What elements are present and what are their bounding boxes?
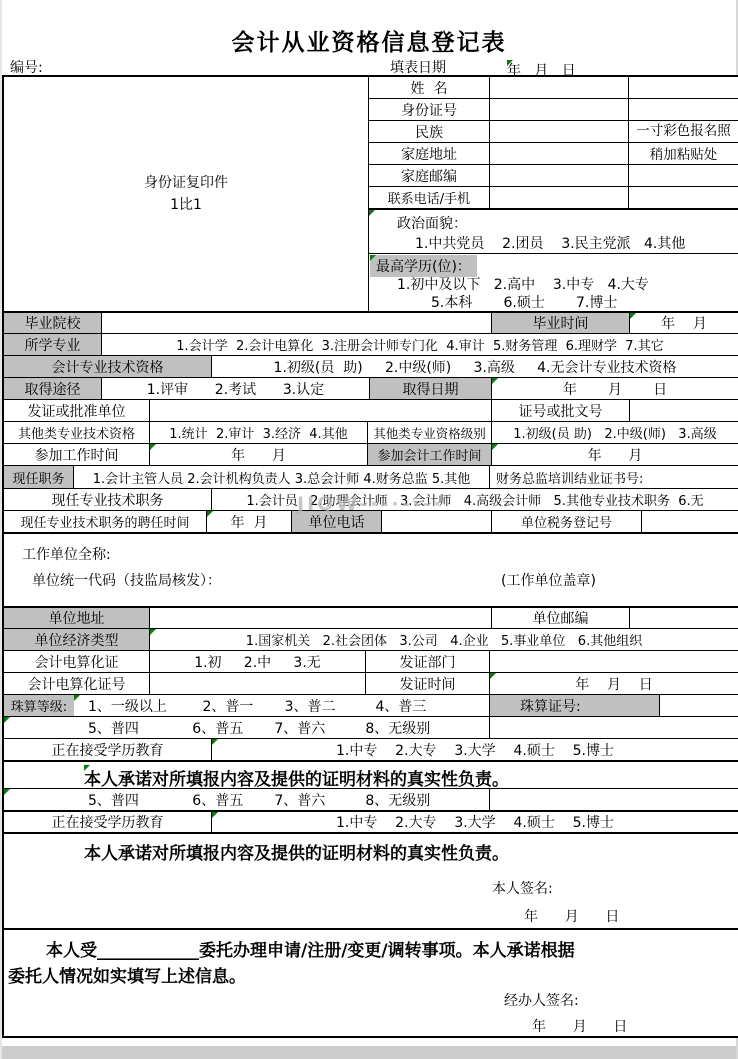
major-row: 所学专业 1.会计学 2.会计电算化 3.注册会计师专门化 4.审计 5.财务管… xyxy=(4,333,738,355)
promise-text-repeat: 本人承诺对所填报内容及提供的证明材料的真实性负责。 xyxy=(84,839,509,864)
obtain-row: 取得途径 1.评审 2.考试 3.认定 取得日期 年 月 日 xyxy=(4,377,738,399)
unit-tax-input[interactable] xyxy=(642,511,738,532)
obtain-date-label: 取得日期 xyxy=(370,378,492,399)
unit-zip-input[interactable] xyxy=(630,608,738,628)
self-sign-date[interactable]: 年 月 日 xyxy=(524,906,619,926)
issuer-label: 发证或批准单位 xyxy=(4,400,150,421)
abacus-blank[interactable] xyxy=(490,717,738,738)
form-header: 编号: 填表日期 年 月 日 xyxy=(2,57,736,75)
page-title: 会计从业资格信息登记表 xyxy=(2,24,736,57)
agent-sign-date[interactable]: 年 月 日 xyxy=(532,1016,627,1036)
cert-no-input[interactable] xyxy=(630,400,738,421)
home-address-input[interactable] xyxy=(490,143,628,164)
obtain-date-input[interactable]: 年 月 日 xyxy=(492,378,738,399)
ethnic-label: 民族 xyxy=(369,121,490,142)
education-cell[interactable]: 最高学历(位)： 1.初中及以下 2.高中 3.中专 4.大专 5.本科 6.硕… xyxy=(369,253,738,310)
unit-zip-label: 单位邮编 xyxy=(492,608,630,628)
tech-post-row: 现任专业技术职务 1.会计员 2.助理会计师 3.会计师 4.高级会计师 5.其… xyxy=(4,488,738,510)
form-number-label: 编号: xyxy=(10,57,43,77)
page-bottom-edge xyxy=(2,1046,736,1059)
unit-code-label: 单位统一代码（技监局核发）： xyxy=(32,570,221,590)
computer-cert-row: 会计电算化证 1.初 2.中 3.无 发证部门 xyxy=(4,650,738,672)
political-options: 1.中共党员 2.团员 3.民主党派 4.其他 xyxy=(415,233,685,253)
school-input[interactable] xyxy=(102,313,492,333)
acct-title-options[interactable]: 1.初级(员 助) 2.中级(师) 3.高级 4.无会计专业技术资格 xyxy=(212,356,738,377)
work-start-input[interactable]: 年 月 xyxy=(150,444,368,465)
abacus-row2-repeat: 5、普四 6、普五 7、普六 8、无级别 xyxy=(4,788,738,810)
other-level-options[interactable]: 1.初级(员 助) 2.中级(师) 3.高级 xyxy=(492,422,738,443)
self-sign-label: 本人签名: xyxy=(492,878,553,898)
unit-fullname-label: 工作单位全称: xyxy=(22,544,111,564)
phone-input[interactable] xyxy=(490,187,628,208)
ethnic-input[interactable] xyxy=(490,121,628,142)
acct-work-start-input[interactable]: 年 月 xyxy=(492,444,738,465)
acct-title-row: 会计专业技术资格 1.初级(员 助) 2.中级(师) 3.高级 4.无会计专业技… xyxy=(4,355,738,377)
entrust-block: 本人受____________委托办理申请/注册/变更/调转事项。本人承诺根据 … xyxy=(4,928,738,1036)
promise-sign-block: 本人承诺对所填报内容及提供的证明材料的真实性负责。 本人签名: 年 月 日 xyxy=(4,832,738,928)
other-title-row: 其他类专业技术资格 1.统计 2.审计 3.经济 4.其他 其他类专业资格级别 … xyxy=(4,421,738,443)
id-copy-cell[interactable]: 身份证复印件 1比1 xyxy=(4,77,369,311)
issuer-input[interactable] xyxy=(150,400,492,421)
unit-seal-label: (工作单位盖章) xyxy=(501,570,596,590)
abacus-row: 珠算等级: 1、一级以上 2、普一 3、普二 4、普三 珠算证号: xyxy=(4,694,738,716)
issue-dept-input[interactable] xyxy=(490,651,738,672)
photo-box-line1: 一寸彩色报名照 xyxy=(636,119,731,143)
name-input[interactable] xyxy=(490,77,628,98)
abacus-options2-repeat[interactable]: 5、普四 6、普五 7、普六 8、无级别 xyxy=(4,789,490,810)
education-options-line1: 1.初中及以下 2.高中 3.中专 4.大专 xyxy=(397,274,649,294)
name-label: 姓 名 xyxy=(369,77,490,98)
issuer-row: 发证或批准单位 证号或批文号 xyxy=(4,399,738,421)
education-options-line2: 5.本科 6.硕士 7.博士 xyxy=(431,292,617,312)
acct-title-label: 会计专业技术资格 xyxy=(4,356,212,377)
promise-text: 本人承诺对所填报内容及提供的证明材料的真实性负责。 xyxy=(84,765,509,790)
issue-time-label: 发证时间 xyxy=(366,673,490,694)
id-copy-line1: 身份证复印件 xyxy=(144,172,228,194)
idno-label: 身份证号 xyxy=(369,99,490,120)
tech-post-label: 现任专业技术职务 xyxy=(4,489,212,510)
obtain-options[interactable]: 1.评审 2.考试 3.认定 xyxy=(102,378,370,399)
personal-fields: 姓 名 身份证号 民族 家庭地址 家庭邮编 联系电话/手机 一寸彩色报名照 稍加… xyxy=(369,77,738,209)
edu-now-options[interactable]: 1.中专 2.大专 3.大学 4.硕士 5.博士 xyxy=(212,739,738,760)
edu-now-label: 正在接受学历教育 xyxy=(4,739,212,760)
phone-label: 联系电话/手机 xyxy=(369,187,490,208)
computer-no-label: 会计电算化证号 xyxy=(4,673,150,694)
edu-now-options-repeat[interactable]: 1.中专 2.大专 3.大学 4.硕士 5.博士 xyxy=(212,812,738,832)
obtain-label: 取得途径 xyxy=(4,378,102,399)
edu-now-label-repeat: 正在接受学历教育 xyxy=(4,812,212,832)
abacus-blank-repeat[interactable] xyxy=(490,789,738,810)
form-page: 会计从业资格信息登记表 编号: 填表日期 年 月 日 身份证复印件 1比1 姓 … xyxy=(0,0,738,1059)
abacus-label: 珠算等级: xyxy=(4,695,74,716)
cert-no-label: 证号或批文号 xyxy=(492,400,630,421)
computer-cert-options[interactable]: 1.初 2.中 3.无 xyxy=(150,651,366,672)
photo-paste-box[interactable]: 一寸彩色报名照 稍加粘贴处 xyxy=(628,77,738,209)
computer-no-row: 会计电算化证号 发证时间 年 月 日 xyxy=(4,672,738,694)
appoint-input[interactable]: 年 月 xyxy=(207,511,292,532)
idno-input[interactable] xyxy=(490,99,628,120)
unit-tax-label: 单位税务登记号 xyxy=(492,511,642,532)
unit-phone-input[interactable] xyxy=(382,511,492,532)
computer-no-input[interactable] xyxy=(150,673,366,694)
issue-time-input[interactable]: 年 月 日 xyxy=(490,673,738,694)
unit-addr-input[interactable] xyxy=(150,608,492,628)
major-label: 所学专业 xyxy=(4,334,102,355)
abacus-options[interactable]: 1、一级以上 2、普一 3、普二 4、普三 xyxy=(74,695,490,716)
home-zip-input[interactable] xyxy=(490,165,628,186)
unit-addr-row: 单位地址 单位邮编 xyxy=(4,606,738,628)
major-options[interactable]: 1.会计学 2.会计电算化 3.注册会计师专门化 4.审计 5.财务管理 6.理… xyxy=(102,334,738,355)
unit-type-row: 单位经济类型 1.国家机关 2.社会团体 3.公司 4.企业 5.事业单位 6.… xyxy=(4,628,738,650)
work-start-label: 参加工作时间 xyxy=(4,444,150,465)
unit-addr-label: 单位地址 xyxy=(4,608,150,628)
photo-box-line2: 稍加粘贴处 xyxy=(650,143,718,167)
entrust-line2: 委托人情况如实填写上述信息。 xyxy=(8,962,246,987)
home-address-label: 家庭地址 xyxy=(369,143,490,164)
political-status-cell[interactable]: 政治面貌： 1.中共党员 2.团员 3.民主党派 4.其他 xyxy=(369,209,738,253)
unit-name-block[interactable]: 工作单位全称: 单位统一代码（技监局核发）： (工作单位盖章) xyxy=(4,532,738,606)
abacus-cert-input[interactable] xyxy=(660,695,738,716)
promise-row: 本人承诺对所填报内容及提供的证明材料的真实性负责。 xyxy=(4,760,738,788)
registration-table: 身份证复印件 1比1 姓 名 身份证号 民族 家庭地址 家庭邮编 联系电话/手机… xyxy=(2,75,738,1038)
abacus-cert-label: 珠算证号: xyxy=(490,695,660,716)
unit-type-label: 单位经济类型 xyxy=(4,629,150,650)
other-title-options[interactable]: 1.统计 2.审计 3.经济 4.其他 xyxy=(150,422,368,443)
agent-sign-label: 经办人签名: xyxy=(504,990,579,1010)
position-options[interactable]: 1.会计主管人员 2.会计机构负责人 3.总会计师 4.财务总监 5.其他 xyxy=(74,466,490,488)
top-section: 身份证复印件 1比1 姓 名 身份证号 民族 家庭地址 家庭邮编 联系电话/手机… xyxy=(4,77,738,311)
home-zip-label: 家庭邮编 xyxy=(369,165,490,186)
school-row: 毕业院校 毕业时间 年 月 xyxy=(4,311,738,333)
acct-work-start-label: 参加会计工作时间 xyxy=(368,444,492,465)
appoint-label: 现任专业技术职务的聘任时间 xyxy=(4,511,207,532)
grad-time-label: 毕业时间 xyxy=(492,313,630,333)
id-copy-line2: 1比1 xyxy=(170,194,202,216)
fill-date-label: 填表日期 xyxy=(390,57,446,77)
tech-post-options[interactable]: 1.会计员 2.助理会计师 3.会计师 4.高级会计师 5.其他专业技术职务 6… xyxy=(212,489,738,510)
unit-type-options[interactable]: 1.国家机关 2.社会团体 3.公司 4.企业 5.事业单位 6.其他组织 xyxy=(150,629,738,650)
other-level-label: 其他类专业资格级别 xyxy=(368,422,492,443)
cfo-cert-label: 财务总监培训结业证书号: xyxy=(490,466,738,488)
work-start-row: 参加工作时间 年 月 参加会计工作时间 年 月 xyxy=(4,443,738,465)
computer-cert-label: 会计电算化证 xyxy=(4,651,150,672)
entrust-line1: 本人受____________委托办理申请/注册/变更/调转事项。本人承诺根据 xyxy=(46,936,575,961)
personal-section: 姓 名 身份证号 民族 家庭地址 家庭邮编 联系电话/手机 一寸彩色报名照 稍加… xyxy=(369,77,738,311)
appoint-row: 现任专业技术职务的聘任时间 年 月 单位电话 单位税务登记号 xyxy=(4,510,738,532)
position-row: 现任职务 1.会计主管人员 2.会计机构负责人 3.总会计师 4.财务总监 5.… xyxy=(4,465,738,488)
abacus-options2[interactable]: 5、普四 6、普五 7、普六 8、无级别 xyxy=(4,717,490,738)
edu-now-row: 正在接受学历教育 1.中专 2.大专 3.大学 4.硕士 5.博士 xyxy=(4,738,738,760)
other-title-label: 其他类专业技术资格 xyxy=(4,422,150,443)
political-label: 政治面貌： xyxy=(397,213,467,233)
school-label: 毕业院校 xyxy=(4,313,102,333)
edu-now-row-repeat: 正在接受学历教育 1.中专 2.大专 3.大学 4.硕士 5.博士 xyxy=(4,810,738,832)
abacus-row2: 5、普四 6、普五 7、普六 8、无级别 xyxy=(4,716,738,738)
position-label: 现任职务 xyxy=(4,466,74,488)
grad-time-input[interactable]: 年 月 xyxy=(630,313,738,333)
unit-phone-label: 单位电话 xyxy=(292,511,382,532)
issue-dept-label: 发证部门 xyxy=(366,651,490,672)
